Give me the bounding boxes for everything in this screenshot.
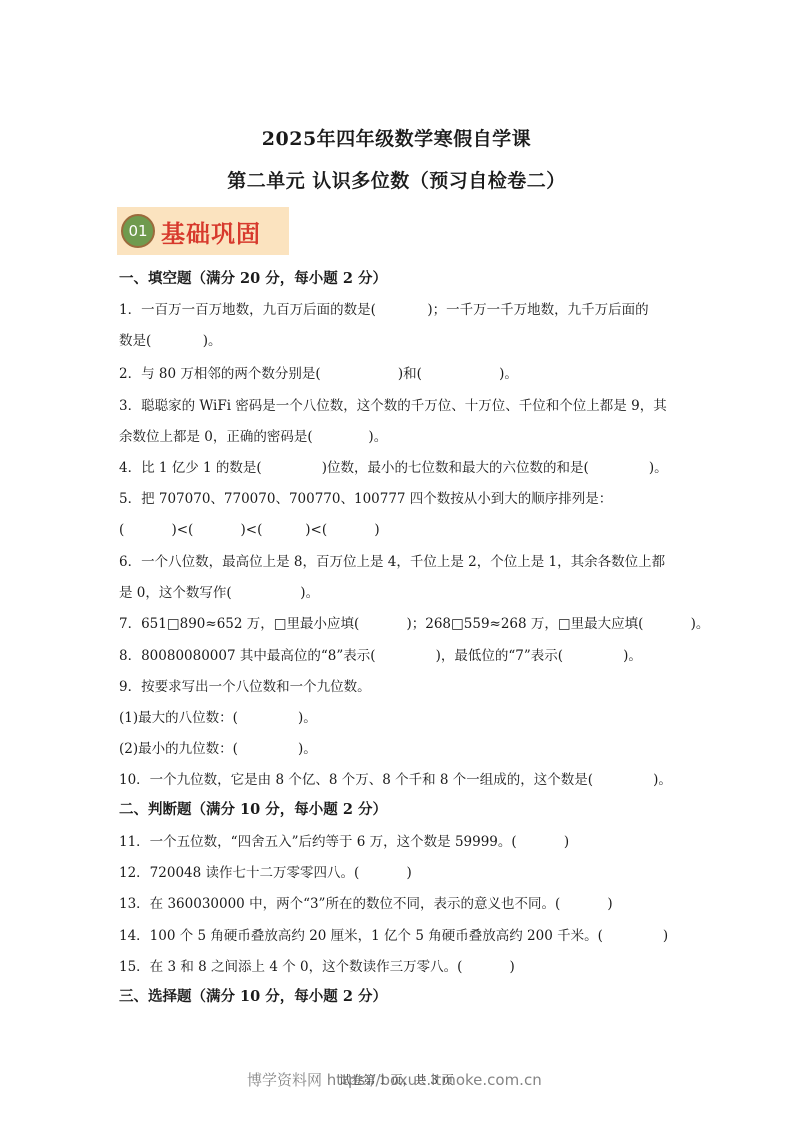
watermark: 博学资料网 https://boxue.itmoke.com.cn <box>247 1069 542 1090</box>
question-line: (2)最小的九位数：( )。 <box>119 740 317 758</box>
question-line: 2．与 80 万相邻的两个数分别是( )和( )。 <box>119 365 518 383</box>
question-line: 13．在 360030000 中，两个“3”所在的数位不同，表示的意义也不同。(… <box>119 895 613 913</box>
question-line: 14．100 个 5 角硬币叠放高约 20 厘米，1 亿个 5 角硬币叠放高约 … <box>119 927 668 945</box>
question-line: 7．651□890≈652 万，□里最小应填( )；268□559≈268 万，… <box>119 615 709 633</box>
question-line: 12．720048 读作七十二万零零四八。( ) <box>119 864 412 882</box>
section-heading: 三、选择题（满分 10 分，每小题 2 分） <box>119 988 387 1006</box>
banner-number-badge: 01 <box>121 214 155 248</box>
question-line: 9．按要求写出一个八位数和一个九位数。 <box>119 678 371 696</box>
question-line: 余数位上都是 0，正确的密码是( )。 <box>119 428 387 446</box>
exam-page: 2025年四年级数学寒假自学课 第二单元 认识多位数（预习自检卷二） 01 基础… <box>0 0 793 1122</box>
question-line: 10．一个九位数，它是由 8 个亿、8 个万、8 个千和 8 个一组成的，这个数… <box>119 771 672 789</box>
question-line: 11．一个五位数，“四舍五入”后约等于 6 万，这个数是 59999。( ) <box>119 833 569 851</box>
document-title: 2025年四年级数学寒假自学课 <box>0 124 793 151</box>
question-line: 8．80080080007 其中最高位的“8”表示( )，最低位的“7”表示( … <box>119 647 642 665</box>
banner-label: 基础巩固 <box>161 214 261 249</box>
question-line: (1)最大的八位数：( )。 <box>119 709 317 727</box>
question-line: 是 0，这个数写作( )。 <box>119 584 319 602</box>
question-line: 1．一百万一百万地数，九百万后面的数是( )；一千万一千万地数，九千万后面的 <box>119 301 649 319</box>
section-banner: 01 基础巩固 <box>117 207 289 255</box>
question-line: 6．一个八位数，最高位上是 8，百万位上是 4，千位上是 2，个位上是 1，其余… <box>119 553 665 571</box>
question-line: 数是( )。 <box>119 332 222 350</box>
question-line: 5．把 707070、770070、700770、100777 四个数按从小到大… <box>119 490 612 508</box>
question-line: 15．在 3 和 8 之间添上 4 个 0，这个数读作三万零八。( ) <box>119 958 515 976</box>
section-heading: 二、判断题（满分 10 分，每小题 2 分） <box>119 801 387 819</box>
question-line: ( )<( )<( )<( ) <box>119 521 380 539</box>
document-subtitle: 第二单元 认识多位数（预习自检卷二） <box>0 166 793 193</box>
question-line: 3．聪聪家的 WiFi 密码是一个八位数，这个数的千万位、十万位、千位和个位上都… <box>119 397 667 415</box>
question-line: 4．比 1 亿少 1 的数是( )位数，最小的七位数和最大的六位数的和是( )。 <box>119 459 668 477</box>
section-heading: 一、填空题（满分 20 分，每小题 2 分） <box>119 270 387 288</box>
